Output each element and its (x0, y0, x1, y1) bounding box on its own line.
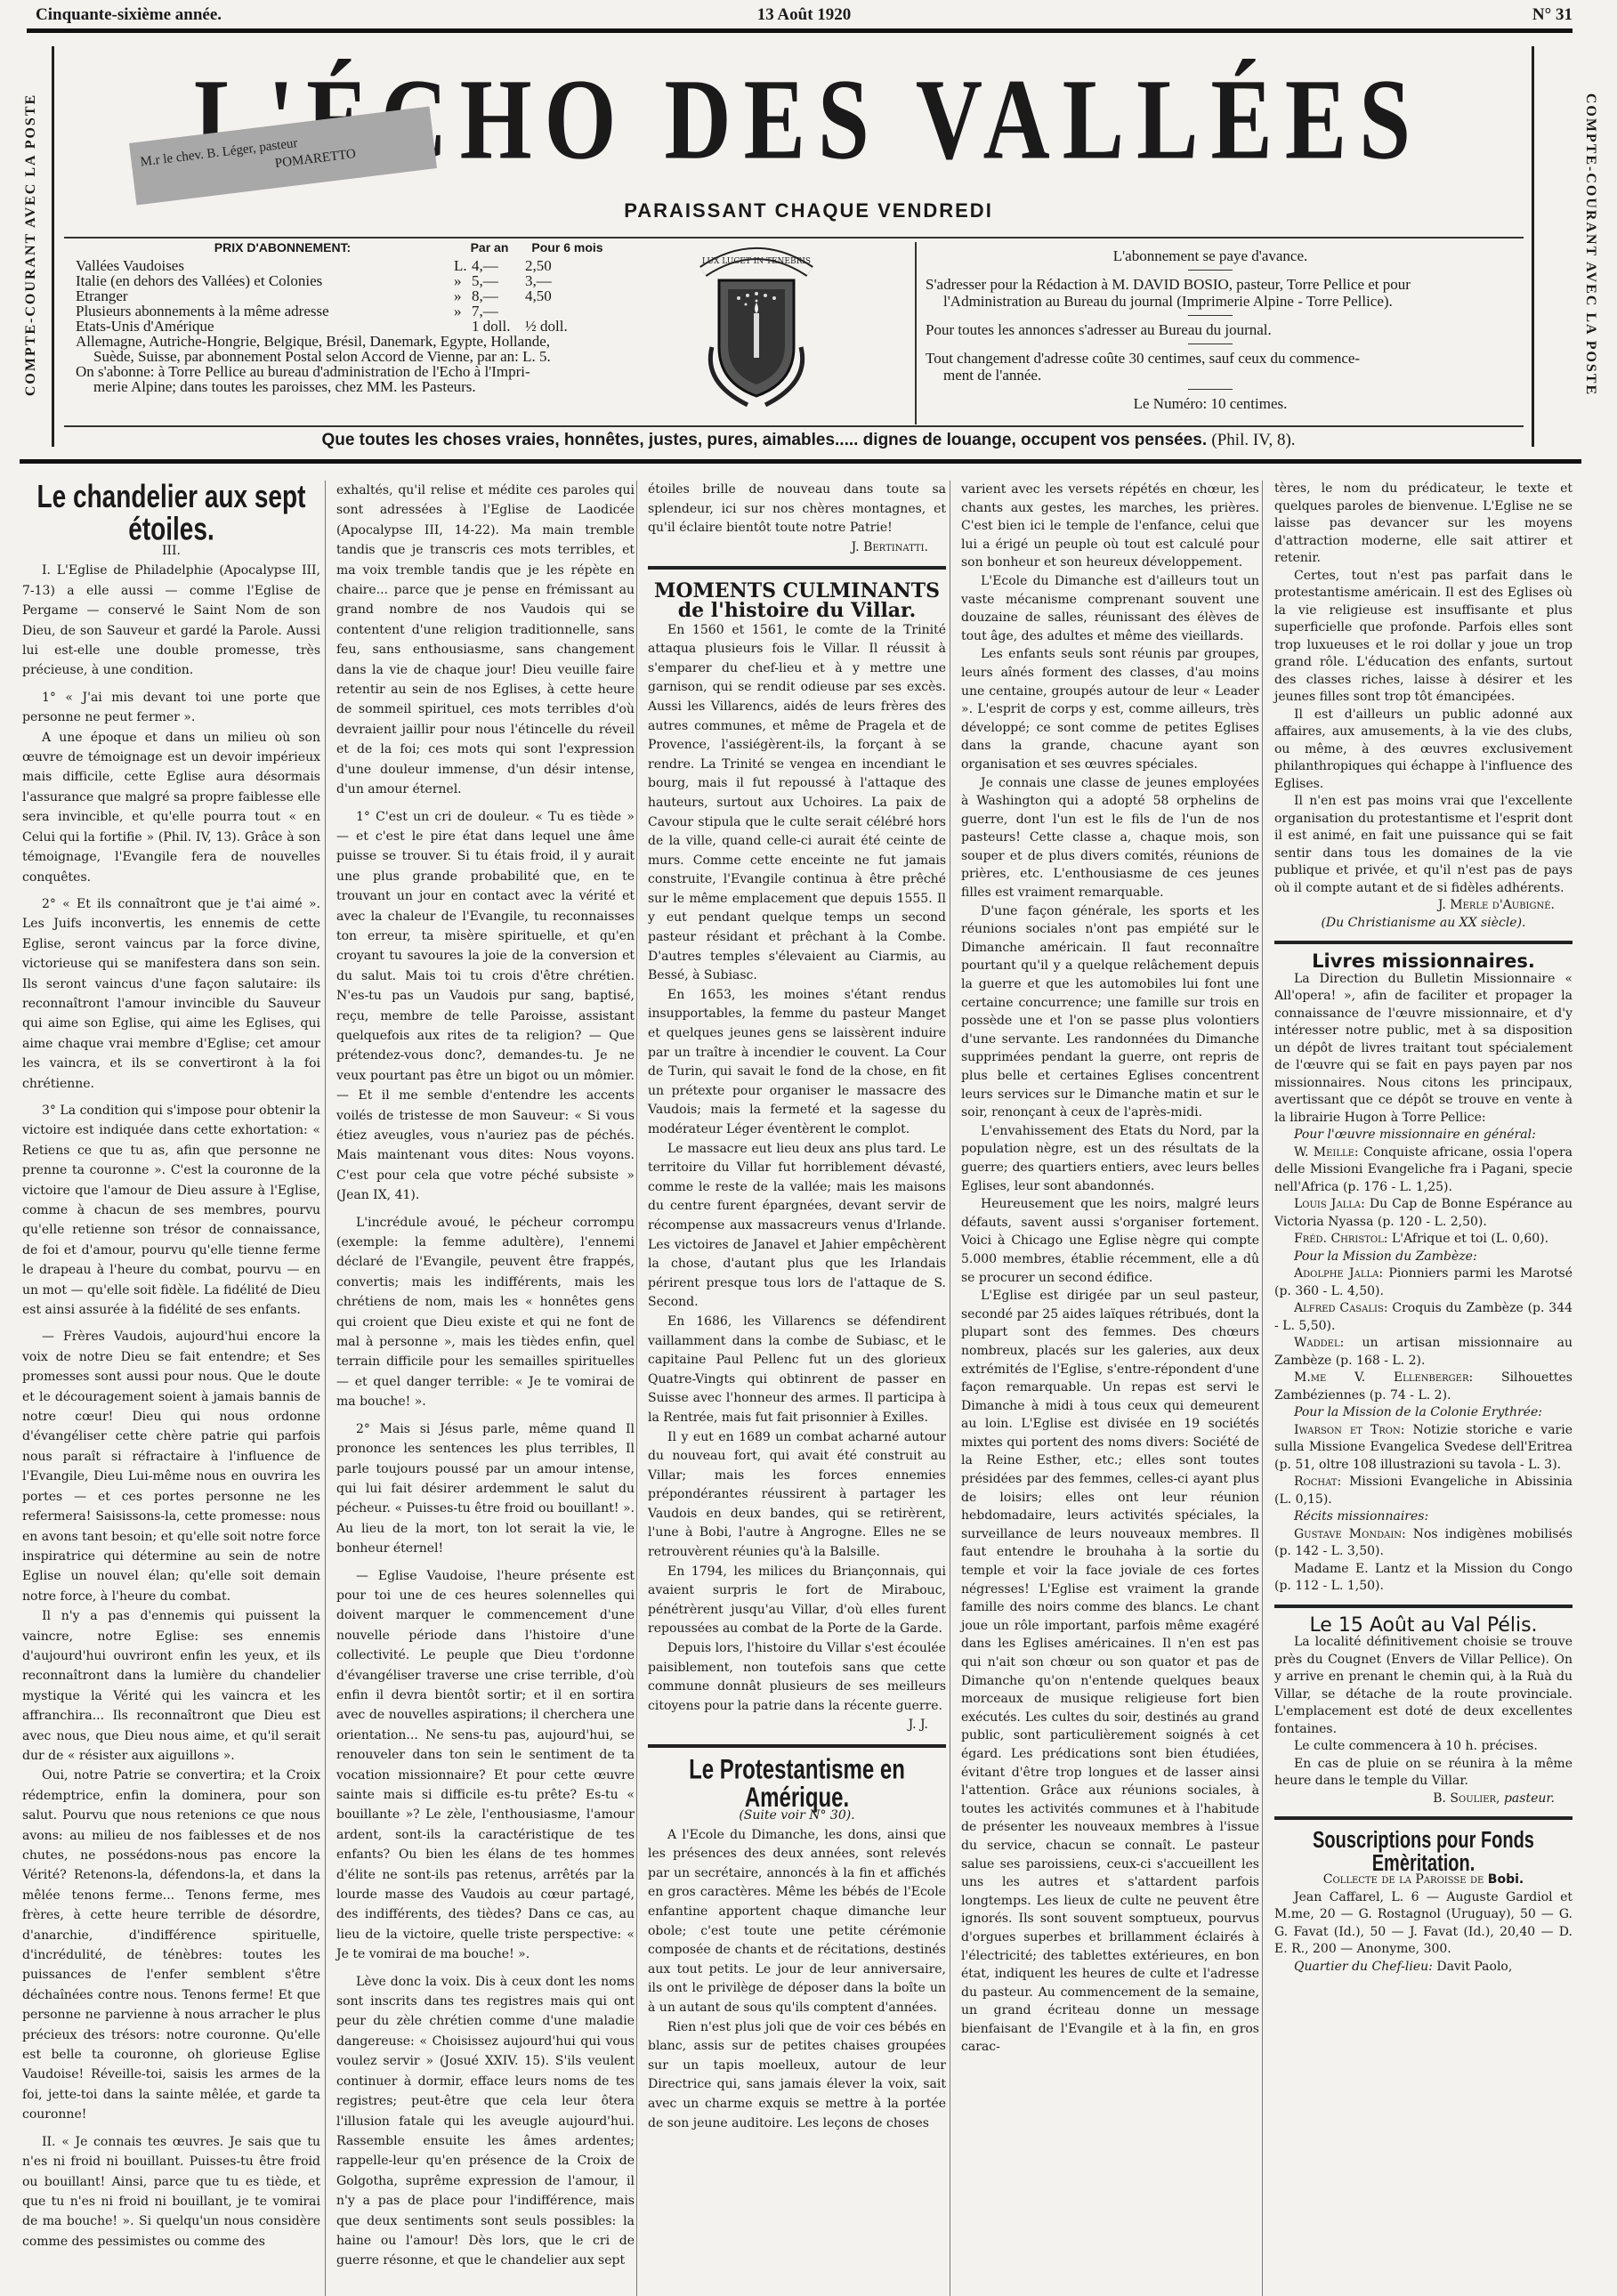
foreign-rates-2: Suède, Suisse, par abonnement Postal sel… (76, 349, 610, 364)
article-title-amerique: Le Protestantisme en Amérique. (648, 1757, 946, 1812)
administration-contact: l'Administration au Bureau du journal (I… (926, 293, 1495, 310)
book-item: Alfred Casalis: Croquis du Zambèze (p. 3… (1274, 1300, 1573, 1335)
article-title-souscriptions: Souscriptions pour Fonds Emèritation. (1274, 1829, 1573, 1875)
paragraph: A l'Ecole du Dimanche, les dons, ainsi q… (648, 1826, 946, 2018)
paragraph: Il y eut en 1689 un combat acharné autou… (648, 1428, 946, 1563)
svg-text:LUX LUCET IN TENEBRIS: LUX LUCET IN TENEBRIS (702, 257, 811, 266)
paragraph: Le culte commencera à 10 h. précises. (1274, 1738, 1573, 1756)
book-item: Fréd. Christol: L'Afrique et toi (L. 0,6… (1274, 1231, 1573, 1249)
column-divider (325, 481, 326, 2296)
section-divider (1274, 1605, 1573, 1608)
paragraph: 3° La condition qui s'impose pour obteni… (22, 1101, 320, 1320)
article-title-livres: Livres missionnaires. (1274, 953, 1573, 971)
book-item: W. Meille: Conquiste africane, ossia l'o… (1274, 1144, 1573, 1197)
book-item: Louis Jalla: Du Cap de Bonne Espérance a… (1274, 1196, 1573, 1231)
book-item: Rochat: Missioni Evangeliche in Abissini… (1274, 1474, 1573, 1508)
paragraph: L'Eglise est dirigée par un seul pasteur… (961, 1287, 1259, 2057)
book-item: M.me V. Ellenberger: Silhouettes Zambézi… (1274, 1370, 1573, 1404)
paragraph: En 1686, les Villarencs se défendirent v… (648, 1313, 946, 1428)
col-year: Par an (454, 240, 525, 255)
paragraph: tères, le nom du prédicateur, le texte e… (1274, 481, 1573, 568)
article-source: (Du Christianisme au XX siècle). (1274, 915, 1573, 933)
publication-info: L'abonnement se paye d'avance. S'adresse… (926, 247, 1495, 417)
column-divider (950, 481, 950, 2296)
top-rule (27, 28, 1573, 33)
price-row: Etranger»8,—4,50 (76, 288, 610, 303)
article-title-chandelier: Le chandelier aux sept étoiles. (22, 481, 320, 546)
paragraph: 2° « Et ils connaîtront que je t'ai aimé… (22, 894, 320, 1094)
book-item: Gustave Mondain: Nos indigènes mobilisés… (1274, 1526, 1573, 1561)
book-item: Adolphe Jalla: Pionniers parmi les Marot… (1274, 1265, 1573, 1300)
crest-emblem-icon: LUX LUCET IN TENEBRIS (685, 240, 828, 414)
issue-date: 13 Août 1920 (36, 5, 1573, 25)
top-info-line: Cinquante-sixième année. 13 Août 1920 N°… (36, 4, 1573, 28)
paragraph: L'envahissement des Etats du Nord, par l… (961, 1122, 1259, 1195)
paragraph: Quartier du Chef-lieu: Davit Paolo, (1274, 1959, 1573, 1977)
book-section-heading: Pour la Mission de la Colonie Erythrée: (1274, 1404, 1573, 1422)
address-change-fee-2: ment de l'année. (926, 367, 1495, 384)
signature-merle: J. Merle d'Aubigné. (1274, 897, 1573, 915)
column-divider (636, 481, 637, 2296)
paragraph: Rien n'est plus joli que de voir ces béb… (648, 2018, 946, 2134)
paragraph: La Direction du Bulletin Missionnaire « … (1274, 971, 1573, 1128)
paragraph: En 1794, les milices du Briançonnais, qu… (648, 1563, 946, 1639)
foreign-rates: Allemagne, Autriche-Hongrie, Belgique, B… (76, 334, 610, 349)
section-divider (1274, 941, 1573, 944)
book-item: Iwarson et Tron: Notizie storiche e vari… (1274, 1422, 1573, 1475)
column-2: exhaltés, qu'il relise et médite ces par… (336, 481, 635, 2271)
book-item: Waddel: un artisan missionnaire au Zambè… (1274, 1335, 1573, 1370)
article-title-aout: Le 15 Août au Val Pélis. (1274, 1617, 1573, 1635)
section-divider (648, 1744, 946, 1748)
paragraph: En cas de pluie on se réunira à la même … (1274, 1756, 1573, 1791)
paragraph: — Eglise Vaudoise, l'heure présente est … (336, 1566, 635, 1965)
paragraph: La localité définitivement choisie se tr… (1274, 1634, 1573, 1738)
article-subtitle-villar: de l'histoire du Villar. (648, 602, 946, 621)
prices-heading: PRIX D'ABONNEMENT: (76, 240, 454, 255)
info-box-border (915, 242, 917, 424)
subscription-prices: PRIX D'ABONNEMENT: Par an Pour 6 mois Va… (76, 240, 610, 394)
paragraph: Depuis lors, l'histoire du Villar s'est … (648, 1639, 946, 1716)
paragraph: Il n'y a pas d'ennemis qui puissent la v… (22, 1606, 320, 1766)
column-divider (1262, 481, 1263, 2296)
paragraph: Je connais une classe de jeunes employée… (961, 774, 1259, 902)
paragraph: A une époque et dans un milieu où son œu… (22, 728, 320, 887)
price-row: Plusieurs abonnements à la même adresse»… (76, 303, 610, 319)
paragraph: L'incrédule avoué, le pécheur corrompu (… (336, 1213, 635, 1412)
signature-jj: J. J. (648, 1716, 946, 1735)
paragraph: En 1560 et 1561, le comte de la Trinité … (648, 621, 946, 986)
paragraph: varient avec les versets répétés en chœu… (961, 481, 1259, 572)
section-divider (648, 566, 946, 570)
paragraph: Certes, tout n'est pas parfait dans le p… (1274, 568, 1573, 707)
price-row: Italie (en dehors des Vallées) et Coloni… (76, 273, 610, 288)
paragraph: Heureusement que les noirs, malgré leurs… (961, 1195, 1259, 1287)
paragraph: En 1653, les moines s'étant rendus insup… (648, 986, 946, 1140)
where-to-subscribe-2: merie Alpine; dans toutes les paroisses,… (76, 379, 610, 394)
where-to-subscribe: On s'abonne: à Torre Pellice au bureau d… (76, 364, 610, 379)
signature-soulier: B. Soulier, pasteur. (1274, 1791, 1573, 1808)
column-1: Le chandelier aux sept étoiles. III. I. … (22, 481, 320, 2252)
column-3: étoiles brille de nouveau dans toute sa … (648, 481, 946, 2133)
column-4: varient avec les versets répétés en chœu… (961, 481, 1259, 2057)
address-change-fee: Tout changement d'adresse coûte 30 centi… (926, 350, 1495, 367)
col-six-months: Pour 6 mois (525, 240, 610, 255)
book-item: Madame E. Lantz et la Mission du Congo (… (1274, 1561, 1573, 1596)
paragraph: I. L'Eglise de Philadelphie (Apocalypse … (22, 561, 320, 680)
paragraph: exhaltés, qu'il relise et médite ces par… (336, 481, 635, 800)
advance-payment: L'abonnement se paye d'avance. (926, 247, 1495, 264)
redaction-contact: S'adresser pour la Rédaction à M. DAVID … (926, 276, 1495, 293)
issue-price: Le Numéro: 10 centimes. (926, 395, 1495, 412)
box-rule-top (64, 237, 1524, 238)
section-divider (1274, 1816, 1573, 1820)
issue-number: N° 31 (1532, 5, 1573, 25)
paragraph: L'Ecole du Dimanche est d'ailleurs tout … (961, 572, 1259, 645)
signature-bertinatti: J. Bertinatti. (648, 538, 946, 558)
paragraph: Jean Caffarel, L. 6 — Auguste Gardiol et… (1274, 1889, 1573, 1959)
column-5: tères, le nom du prédicateur, le texte e… (1274, 481, 1573, 1976)
book-section-heading: Récits missionnaires: (1274, 1508, 1573, 1526)
price-row: Vallées VaudoisesL.4,—2,50 (76, 258, 610, 273)
newspaper-subtitle: PARAISSANT CHAQUE VENDREDI (0, 199, 1617, 222)
paragraph: Oui, notre Patrie se convertira; et la C… (22, 1766, 320, 2124)
price-row: Etats-Unis d'Amérique1 doll.½ doll. (76, 319, 610, 334)
paragraph: étoiles brille de nouveau dans toute sa … (648, 481, 946, 538)
paragraph: Les enfants seuls sont réunis par groupe… (961, 645, 1259, 773)
paragraph: 2° Mais si Jésus parle, même quand Il pr… (336, 1419, 635, 1559)
book-section-heading: Pour l'œuvre missionnaire en général: (1274, 1127, 1573, 1144)
advertising-contact: Pour toutes les annonces s'adresser au B… (926, 321, 1495, 338)
paragraph: Il n'en est pas moins vrai que l'excelle… (1274, 793, 1573, 897)
box-rule-bottom (64, 425, 1524, 427)
paragraph: D'une façon générale, les sports et les … (961, 902, 1259, 1122)
paragraph: 1° « J'ai mis devant toi une porte que p… (22, 688, 320, 728)
paragraph: — Frères Vaudois, aujourd'hui encore la … (22, 1327, 320, 1606)
paragraph: Lève donc la voix. Dis à ceux dont les n… (336, 1972, 635, 2271)
paragraph: Le massacre eut lieu deux ans plus tard.… (648, 1140, 946, 1313)
motto: Que toutes les choses vraies, honnêtes, … (0, 431, 1617, 450)
masthead-bottom-rule (20, 459, 1581, 464)
paragraph: 1° C'est un cri de douleur. « Tu es tièd… (336, 807, 635, 1206)
paragraph: II. « Je connais tes œuvres. Je sais que… (22, 2132, 320, 2252)
paragraph: Il est d'ailleurs un public adonné aux a… (1274, 707, 1573, 794)
book-section-heading: Pour la Mission du Zambèze: (1274, 1249, 1573, 1266)
